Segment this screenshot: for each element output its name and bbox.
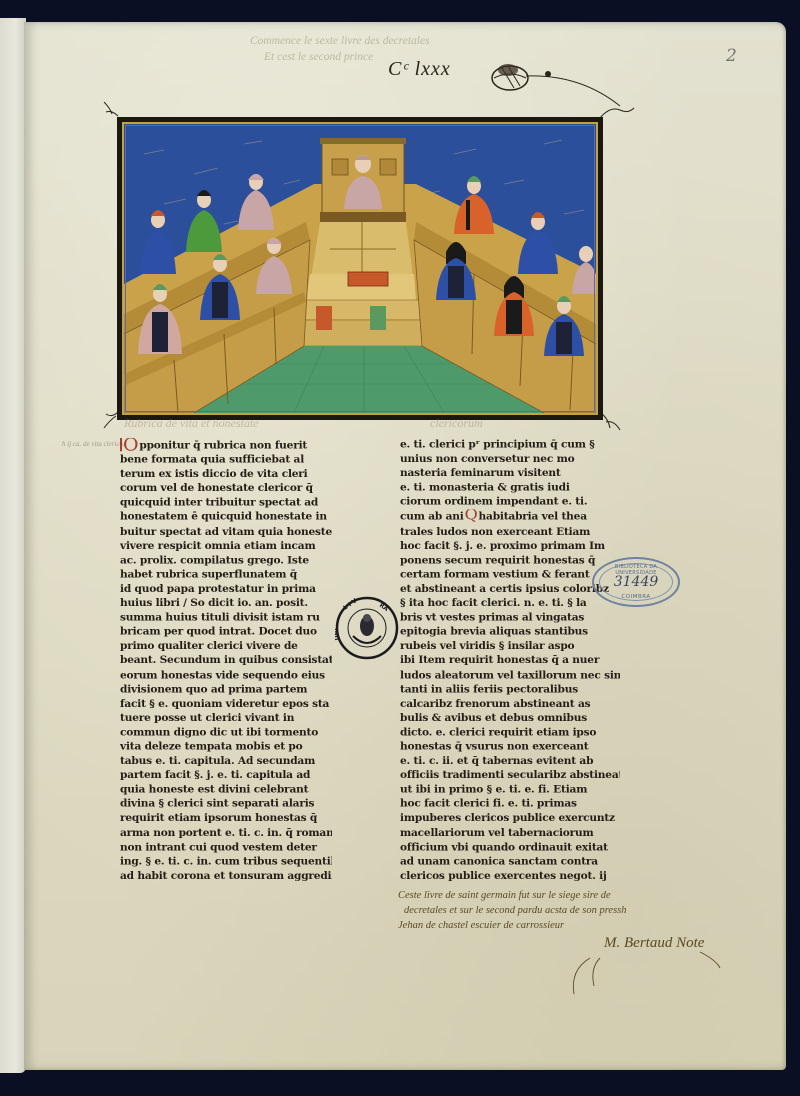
- text-line: ad habit corona et tonsuram aggrediz: [120, 869, 332, 883]
- text-line: terum ex istis diccio de vita cleri: [120, 468, 332, 482]
- text-line: epitogia brevia aliquas stantibus: [400, 625, 620, 639]
- text-line: ac. prolix. compilatus grego. Iste: [120, 554, 332, 568]
- text-line: certam formam vestium & ferant: [400, 568, 620, 582]
- svg-text:UNI: UNI: [335, 628, 341, 641]
- rubric-left: Rubrica de vita et honestate: [124, 416, 259, 431]
- note-line: decretales et sur le second pardu acsta …: [398, 903, 748, 918]
- text-line: calcaribz frenorum abstineant as: [400, 697, 620, 711]
- text-line: non intrant cui quod vestem deter: [120, 840, 332, 854]
- text-column-a: Opponitur q̄ rubrica non fuerit bene for…: [120, 438, 332, 883]
- text-line: bene formata quia sufficiebat al: [120, 453, 332, 467]
- miniature-illustration: [117, 117, 603, 420]
- text-line: commun digno dic ut ibi tormento: [120, 726, 332, 740]
- text-line: bulis & avibus et debus omnibus: [400, 711, 620, 725]
- text-line: tanti in aliis feriis pectoralibus: [400, 683, 620, 697]
- text-line: partem facit §. j. e. ti. capitula ad: [120, 769, 332, 783]
- library-seal-stamp-icon: L I V RA UNI: [335, 596, 399, 660]
- text-line: primo qualiter clerici vivere de: [120, 640, 332, 654]
- text-line: unius non conversetur nec mo: [400, 452, 620, 466]
- text-line: quicquid inter tribuitur spectat ad: [120, 496, 332, 510]
- text-line: clericos publice exercentes negot. ij: [400, 869, 620, 883]
- text-line: honestatem ē quicquid honestate in: [120, 511, 332, 525]
- initial-letter: O: [120, 438, 138, 451]
- text-line: buitur spectat ad vitam quia honeste: [120, 525, 332, 539]
- text-line: hoc facit clerici fi. e. ti. primas: [400, 797, 620, 811]
- text-line: nasteria feminarum visitent: [400, 467, 620, 481]
- text-line: e. ti. monasteria & gratis iudi: [400, 481, 620, 495]
- text-line: ponens secum requirit honestas q̄: [400, 554, 620, 568]
- text-column-b: e. ti. clerici pʳ principium q̄ cum § un…: [400, 438, 620, 883]
- lecture-hall-scene-icon: [124, 124, 596, 413]
- text-line: § ita hoc facit clerici. n. e. ti. § la: [400, 597, 620, 611]
- text-line: dicto. e. clerici requirit etiam ipso: [400, 726, 620, 740]
- text-line: summa huius tituli divisit istam ru: [120, 611, 332, 625]
- text-line: et abstineant a certis ipsius coloribz: [400, 582, 620, 596]
- text-line: trales ludos non exerceant Etiam: [400, 525, 620, 539]
- text-line: ciorum ordinem impendant e. ti.: [400, 495, 620, 509]
- miniature-frame: [122, 122, 598, 415]
- text-line: arma non portent e. ti. c. in. q̄ romani: [120, 826, 332, 840]
- text-line: ibi Item requirit honestas q̄ a nuer: [400, 654, 620, 668]
- text-line: requirit etiam ipsorum honestas q̄: [120, 812, 332, 826]
- text-line: Opponitur q̄ rubrica non fuerit: [120, 438, 332, 453]
- previous-leaf-edge: [0, 18, 26, 1073]
- note-line: Ceste livre de saint germain fut sur le …: [398, 888, 748, 903]
- svg-text:RA: RA: [378, 602, 390, 613]
- text-line: vita deleze tempata mobis et po: [120, 740, 332, 754]
- text-line: rubeis vel viridis § insilar aspo: [400, 640, 620, 654]
- text-line: huius libri / So dicit io. an. posit.: [120, 597, 332, 611]
- text-line: ut ibi in primo § e. ti. e. fi. Etiam: [400, 783, 620, 797]
- text-line: macellariorum vel tabernaciorum: [400, 826, 620, 840]
- text-line: cum ab aniQhabitabria vel thea: [400, 510, 620, 525]
- text-line: beant. Secundum in quibus consistat: [120, 654, 332, 668]
- text-line: vivere respicit omnia etiam incam: [120, 539, 332, 553]
- text-line: tuere posse ut clerici vivant in: [120, 711, 332, 725]
- text-line: id quod papa protestatur in prima: [120, 582, 332, 596]
- text-line: officium vbi quando ordinauit exitat: [400, 840, 620, 854]
- text-line: quia honeste est divini celebrant: [120, 783, 332, 797]
- note-line: Jehan de chastel escuier de carrossieur: [398, 918, 748, 933]
- text-line: tabus e. ti. capitula. Ad secundam: [120, 754, 332, 768]
- text-line: officiis tradimenti secularibz abstineat: [400, 769, 620, 783]
- accession-number: 31449: [594, 574, 678, 590]
- signature-flourish-icon: [560, 940, 740, 1000]
- text-line: habet rubrica superflunatem q̄: [120, 568, 332, 582]
- text-line: ludos aleatorum vel taxillorum nec sint: [400, 668, 620, 682]
- text-line: bris vt vestes primas al vingatas: [400, 611, 620, 625]
- text-line: corum vel de honestate clericor q̄: [120, 482, 332, 496]
- text-line: honestas q̄ vsurus non exerceant: [400, 740, 620, 754]
- initial-letter: Q: [465, 510, 478, 521]
- library-accession-stamp: BIBLIOTECA DA UNIVERSIDADE 31449 COIMBRA: [592, 557, 680, 607]
- text-line: e. ti. clerici pʳ principium q̄ cum §: [400, 438, 620, 452]
- shelfmark: Cᶜ lxxx: [388, 58, 451, 81]
- text-line: bricam per quod intrat. Docet duo: [120, 625, 332, 639]
- stamp-bottom-text: COIMBRA: [594, 594, 678, 600]
- ownership-note: Ceste livre de saint germain fut sur le …: [398, 888, 748, 933]
- text-line: eorum honestas vide sequendo eius: [120, 668, 332, 682]
- text-line: divisionem quo ad prima partem: [120, 683, 332, 697]
- text-line: ad unam canonica sanctam contra: [400, 855, 620, 869]
- folio-number: 2: [726, 46, 737, 66]
- faint-heading-line1: Commence le sexte livre des decretales: [250, 35, 430, 47]
- rubric-right: clericorum: [430, 416, 483, 431]
- text-line: divina § clerici sint separati alaris: [120, 797, 332, 811]
- text-line: facit § e. quoniam videretur epos sta: [120, 697, 332, 711]
- text-line: hoc facit §. j. e. proximo primam Im: [400, 539, 620, 553]
- text-line: ing. § e. ti. c. in. cum tribus sequenti…: [120, 855, 332, 869]
- text-line: impuberes clericos publice exercuntz: [400, 812, 620, 826]
- corner-flourish-icon: [598, 100, 638, 124]
- text-line: e. ti. c. ii. et q̄ tabernas evitent ab: [400, 754, 620, 768]
- margin-note: h ij ca. de vita clerico.: [62, 440, 125, 448]
